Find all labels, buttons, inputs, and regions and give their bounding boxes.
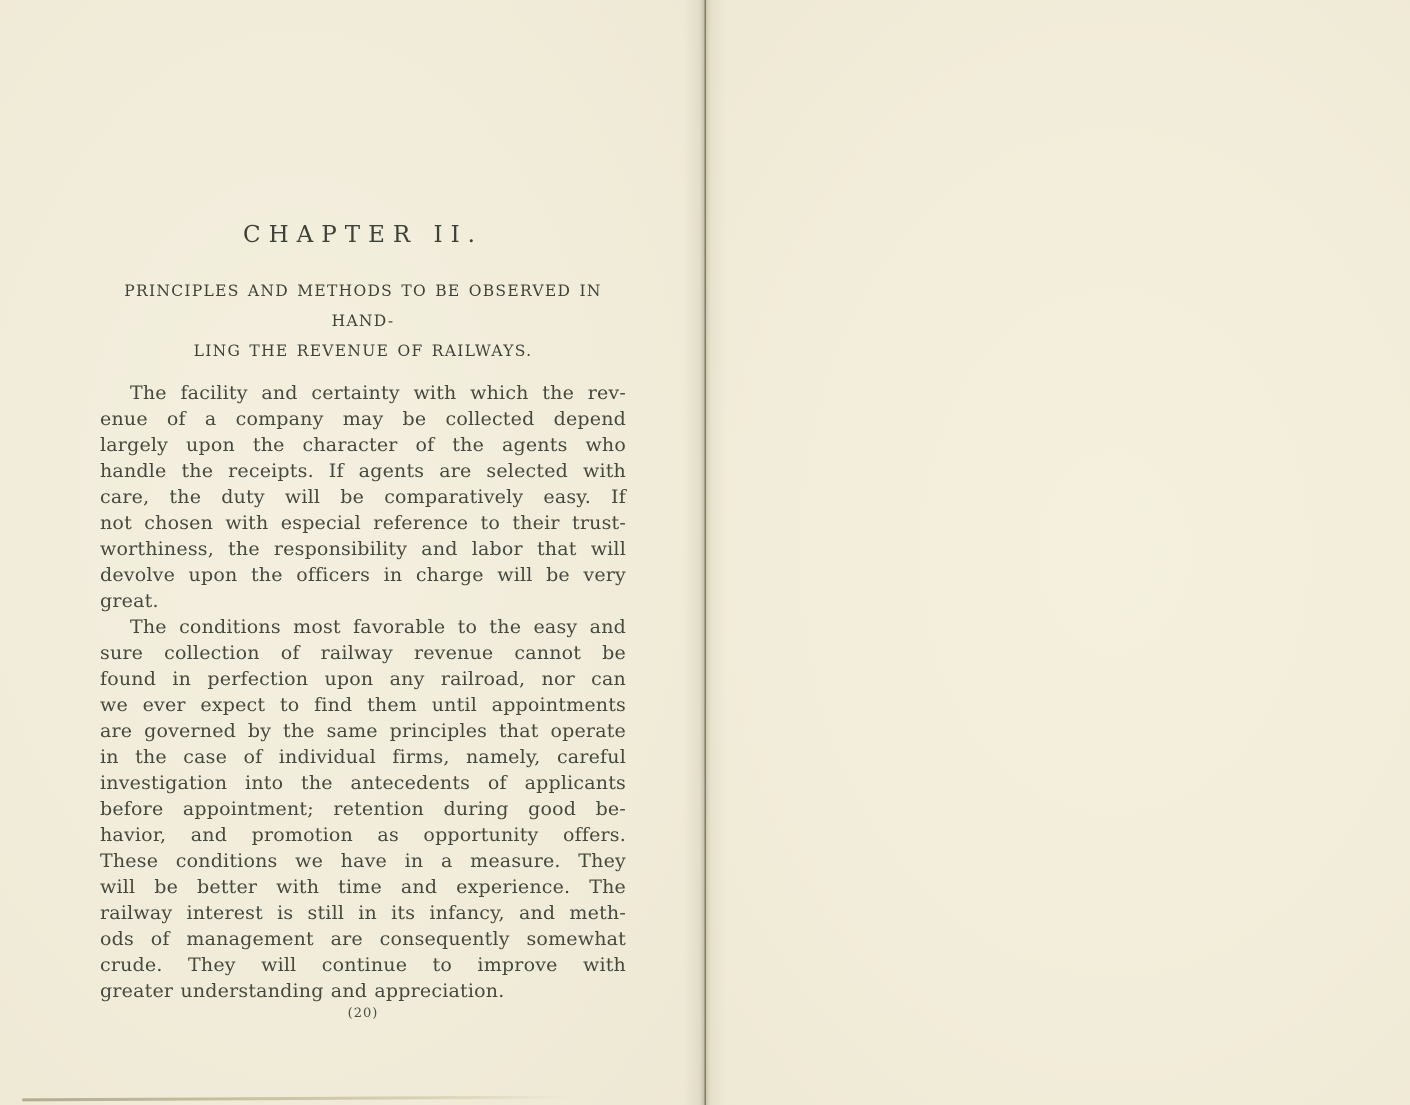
page-folio: (20) xyxy=(100,1006,626,1021)
left-page-body: The facility and certainty with which th… xyxy=(100,380,626,1004)
text-line: LING THE REVENUE OF RAILWAYS. xyxy=(100,336,626,366)
text-line: havior, and promotion as opportunity off… xyxy=(100,822,626,848)
text-line: PRINCIPLES AND METHODS TO BE OBSERVED IN… xyxy=(100,276,626,336)
text-line: are governed by the same principles that… xyxy=(100,718,626,744)
text-line: crude. They will continue to improve wit… xyxy=(100,952,626,978)
chapter-heading: CHAPTER II. xyxy=(100,222,626,248)
text-line: The facility and certainty with which th… xyxy=(100,380,626,406)
text-line: These conditions we have in a measure. T… xyxy=(100,848,626,874)
text-line: sure collection of railway revenue canno… xyxy=(100,640,626,666)
book-spread: CHAPTER II. PRINCIPLES AND METHODS TO BE… xyxy=(0,0,1410,1105)
page-edge-line xyxy=(22,1096,570,1102)
text-line: found in perfection upon any railroad, n… xyxy=(100,666,626,692)
text-line: will be better with time and experience.… xyxy=(100,874,626,900)
text-line: enue of a company may be collected depen… xyxy=(100,406,626,432)
text-line: worthiness, the responsibility and labor… xyxy=(100,536,626,562)
text-line: before appointment; retention during goo… xyxy=(100,796,626,822)
text-line: not chosen with especial reference to th… xyxy=(100,510,626,536)
text-line: handle the receipts. If agents are selec… xyxy=(100,458,626,484)
text-line: in the case of individual firms, namely,… xyxy=(100,744,626,770)
text-line: greater understanding and appreciation. xyxy=(100,978,626,1004)
chapter-subtitle: PRINCIPLES AND METHODS TO BE OBSERVED IN… xyxy=(100,276,626,366)
right-page: PRINCIPLES AND METHODS OBSERVED. 21 Wher… xyxy=(705,0,1410,1105)
text-line: great. xyxy=(100,588,626,614)
text-line: we ever expect to find them until appoin… xyxy=(100,692,626,718)
paragraph: The conditions most favorable to the eas… xyxy=(100,614,626,1004)
text-line: investigation into the antecedents of ap… xyxy=(100,770,626,796)
left-page: CHAPTER II. PRINCIPLES AND METHODS TO BE… xyxy=(0,0,705,1105)
text-line: The conditions most favorable to the eas… xyxy=(100,614,626,640)
text-line: largely upon the character of the agents… xyxy=(100,432,626,458)
text-line: devolve upon the officers in charge will… xyxy=(100,562,626,588)
text-line: ods of management are consequently somew… xyxy=(100,926,626,952)
left-page-text-block: CHAPTER II. PRINCIPLES AND METHODS TO BE… xyxy=(100,222,626,1021)
text-line: railway interest is still in its infancy… xyxy=(100,900,626,926)
paragraph: The facility and certainty with which th… xyxy=(100,380,626,614)
text-line: care, the duty will be comparatively eas… xyxy=(100,484,626,510)
